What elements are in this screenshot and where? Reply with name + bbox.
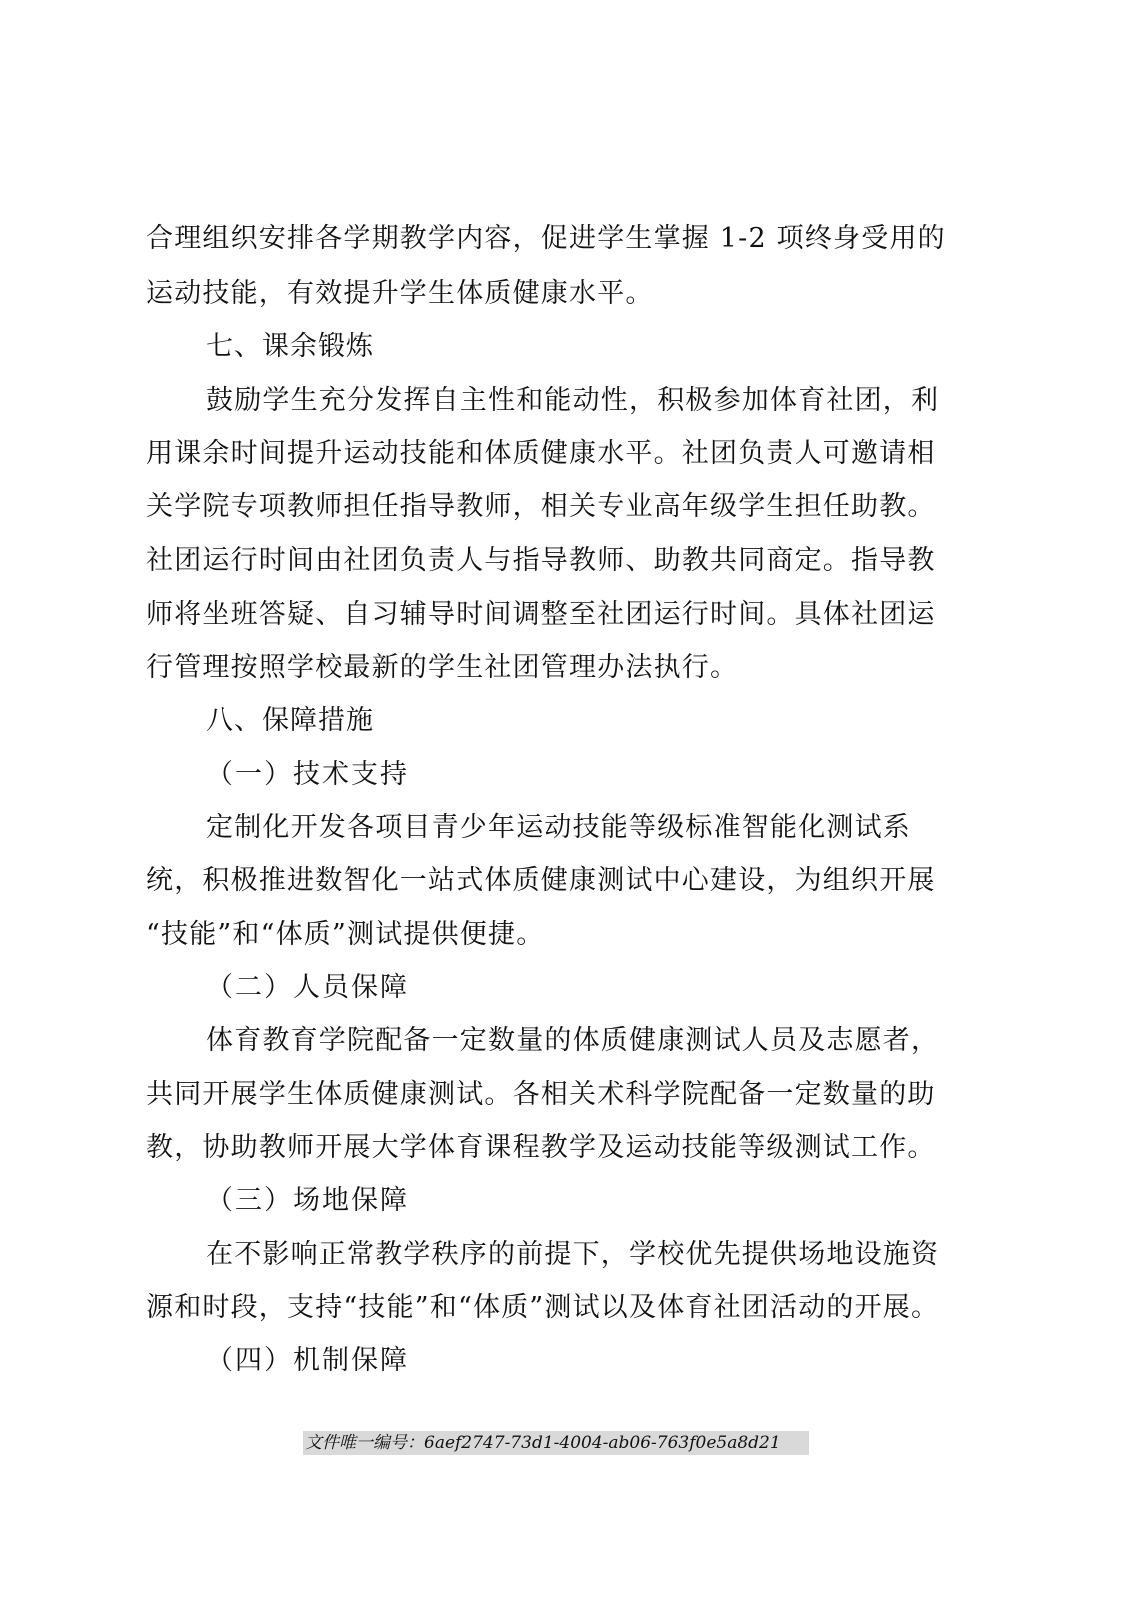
- paragraph-line: 定制化开发各项目青少年运动技能等级标准智能化测试系: [206, 811, 1036, 845]
- subsection-heading-1: （一）技术支持: [206, 758, 409, 792]
- paragraph-line: 统，积极推进数智化一站式体质健康测试中心建设，为组织开展: [146, 864, 976, 898]
- paragraph-line: 运动技能，有效提升学生体质健康水平。: [146, 277, 976, 311]
- paragraph-line: 在不影响正常教学秩序的前提下，学校优先提供场地设施资: [206, 1238, 1036, 1272]
- paragraph-line: “技能”和“体质”测试提供便捷。: [146, 918, 976, 952]
- document-page: 合理组织安排各学期教学内容，促进学生掌握 1-2 项终身受用的 运动技能，有效提…: [0, 0, 1131, 1600]
- section-heading-7: 七、课余锻炼: [206, 330, 374, 364]
- paragraph-line: 教，协助教师开展大学体育课程教学及运动技能等级测试工作。: [146, 1131, 976, 1165]
- paragraph-line: 体育教育学院配备一定数量的体质健康测试人员及志愿者，: [206, 1024, 1036, 1058]
- paragraph-line: 鼓励学生充分发挥自主性和能动性，积极参加体育社团，利: [206, 384, 1036, 418]
- paragraph-line: 关学院专项教师担任指导教师，相关专业高年级学生担任助教。: [146, 490, 976, 524]
- subsection-heading-4: （四）机制保障: [206, 1344, 409, 1378]
- paragraph-line: 合理组织安排各学期教学内容，促进学生掌握 1-2 项终身受用的: [146, 222, 976, 256]
- subsection-heading-3: （三）场地保障: [206, 1184, 409, 1218]
- paragraph-line: 共同开展学生体质健康测试。各相关术科学院配备一定数量的助: [146, 1078, 976, 1112]
- paragraph-line: 用课余时间提升运动技能和体质健康水平。社团负责人可邀请相: [146, 437, 976, 471]
- subsection-heading-2: （二）人员保障: [206, 971, 409, 1005]
- paragraph-line: 源和时段，支持“技能”和“体质”测试以及体育社团活动的开展。: [146, 1291, 976, 1325]
- paragraph-line: 行管理按照学校最新的学生社团管理办法执行。: [146, 651, 976, 685]
- paragraph-line: 社团运行时间由社团负责人与指导教师、助教共同商定。指导教: [146, 544, 976, 578]
- section-heading-8: 八、保障措施: [206, 704, 374, 738]
- file-unique-id: 文件唯一编号：6aef2747-73d1-4004-ab06-763f0e5a8…: [303, 1431, 809, 1455]
- paragraph-line: 师将坐班答疑、自习辅导时间调整至社团运行时间。具体社团运: [146, 598, 976, 632]
